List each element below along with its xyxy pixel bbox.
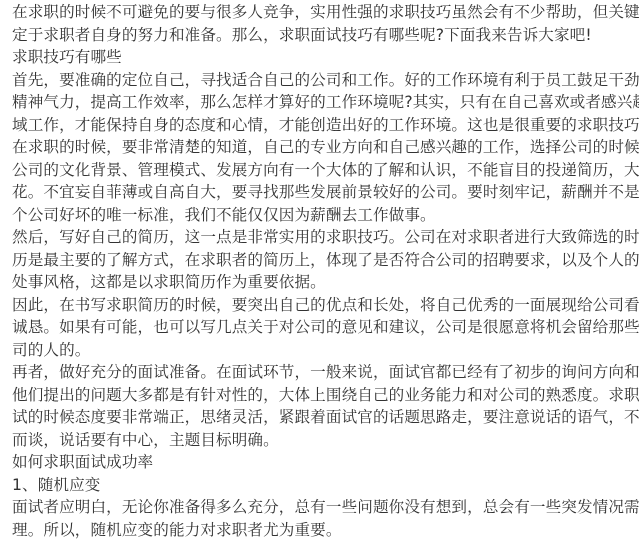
heading-text: 如何求职面试成功率 [12, 451, 632, 474]
text-line: 历是最主要的了解方式，在求职者的简历上，体现了是否符合公司的招聘要求，以及个人的… [12, 249, 632, 272]
intro-paragraph: 在求职的时候不可避免的要与很多人竞争，实用性强的求职技巧虽然会有不少帮助，但关键… [12, 1, 632, 46]
section-heading: 如何求职面试成功率 [12, 451, 632, 474]
text-line: 因此，在书写求职简历的时候，要突出自己的优点和长处，将自己优秀的一面展现给公司看… [12, 294, 632, 317]
text-line: 面试者应明白，无论你准备得多么充分，总有一些问题你没有想到，总会有一些突发情况需… [12, 496, 632, 519]
text-line: 试的时候态度要非常端正，思绪灵活，紧跟着面试官的话题思路走，要注意说话的语气，不… [12, 406, 632, 429]
text-line: 司的人的。 [12, 339, 632, 362]
text-line: 精神气力，提高工作效率，那么怎样才算好的工作环境呢?其实，只有在自己喜欢或者感兴… [12, 91, 632, 114]
text-line: 域工作，才能保持自身的态度和心情，才能创造出好的工作环境。这也是很重要的求职技巧… [12, 114, 632, 137]
paragraph-company-choice: 在求职的时候，要非常清楚的知道，自己的专业方向和自己感兴趣的工作，选择公司的时候… [12, 136, 632, 226]
text-line: 理。所以，随机应变的能力对求职者尤为重要。 [12, 519, 632, 542]
text-line: 花。不宜妄自菲薄或自高自大，要寻找那些发展前景较好的公司。要时刻牢记，薪酬并不是… [12, 181, 632, 204]
paragraph-resume: 然后，写好自己的简历，这一点是非常实用的求职技巧。公司在对求职者进行大致筛选的时… [12, 226, 632, 294]
text-line: 个公司好坏的唯一标准，我们不能仅仅因为薪酬去工作做事。 [12, 204, 632, 227]
text-line: 定于求职者自身的努力和准备。那么，求职面试技巧有哪些呢?下面我来告诉大家吧! [12, 24, 632, 47]
paragraph-positioning: 首先，要准确的定位自己，寻找适合自己的公司和工作。好的工作环境有利于员工鼓足干劲… [12, 69, 632, 137]
text-line: 而谈，说话要有中心，主题目标明确。 [12, 429, 632, 452]
paragraph-resume-writing: 因此，在书写求职简历的时候，要突出自己的优点和长处，将自己优秀的一面展现给公司看… [12, 294, 632, 362]
heading-text: 求职技巧有哪些 [12, 46, 632, 69]
text-line: 首先，要准确的定位自己，寻找适合自己的公司和工作。好的工作环境有利于员工鼓足干劲… [12, 69, 632, 92]
text-line: 在求职的时候不可避免的要与很多人竞争，实用性强的求职技巧虽然会有不少帮助，但关键… [12, 1, 632, 24]
paragraph-adaptability: 面试者应明白，无论你准备得多么充分，总有一些问题你没有想到，总会有一些突发情况需… [12, 496, 632, 541]
text-line: 他们提出的问题大多都是有针对性的，大体上围绕自己的业务能力和对公司的熟悉度。求职… [12, 384, 632, 407]
paragraph-interview-prep: 再者，做好充分的面试准备。在面试环节，一般来说，面试官都已经有了初步的询问方向和… [12, 361, 632, 451]
article-body: 在求职的时候不可避免的要与很多人竞争，实用性强的求职技巧虽然会有不少帮助，但关键… [0, 0, 632, 541]
text-line: 处事风格，这都是以求职简历作为重要依据。 [12, 271, 632, 294]
section-heading: 求职技巧有哪些 [12, 46, 632, 69]
subheading-text: 1、随机应变 [12, 474, 632, 497]
text-line: 然后，写好自己的简历，这一点是非常实用的求职技巧。公司在对求职者进行大致筛选的时… [12, 226, 632, 249]
text-line: 再者，做好充分的面试准备。在面试环节，一般来说，面试官都已经有了初步的询问方向和… [12, 361, 632, 384]
text-line: 公司的文化背景、管理模式、发展方向有一个大体的了解和认识，不能盲目的投递简历，大… [12, 159, 632, 182]
subheading: 1、随机应变 [12, 474, 632, 497]
text-line: 诚恳。如果有可能，也可以写几点关于对公司的意见和建议，公司是很愿意将机会留给那些… [12, 316, 632, 339]
text-line: 在求职的时候，要非常清楚的知道，自己的专业方向和自己感兴趣的工作，选择公司的时候… [12, 136, 632, 159]
